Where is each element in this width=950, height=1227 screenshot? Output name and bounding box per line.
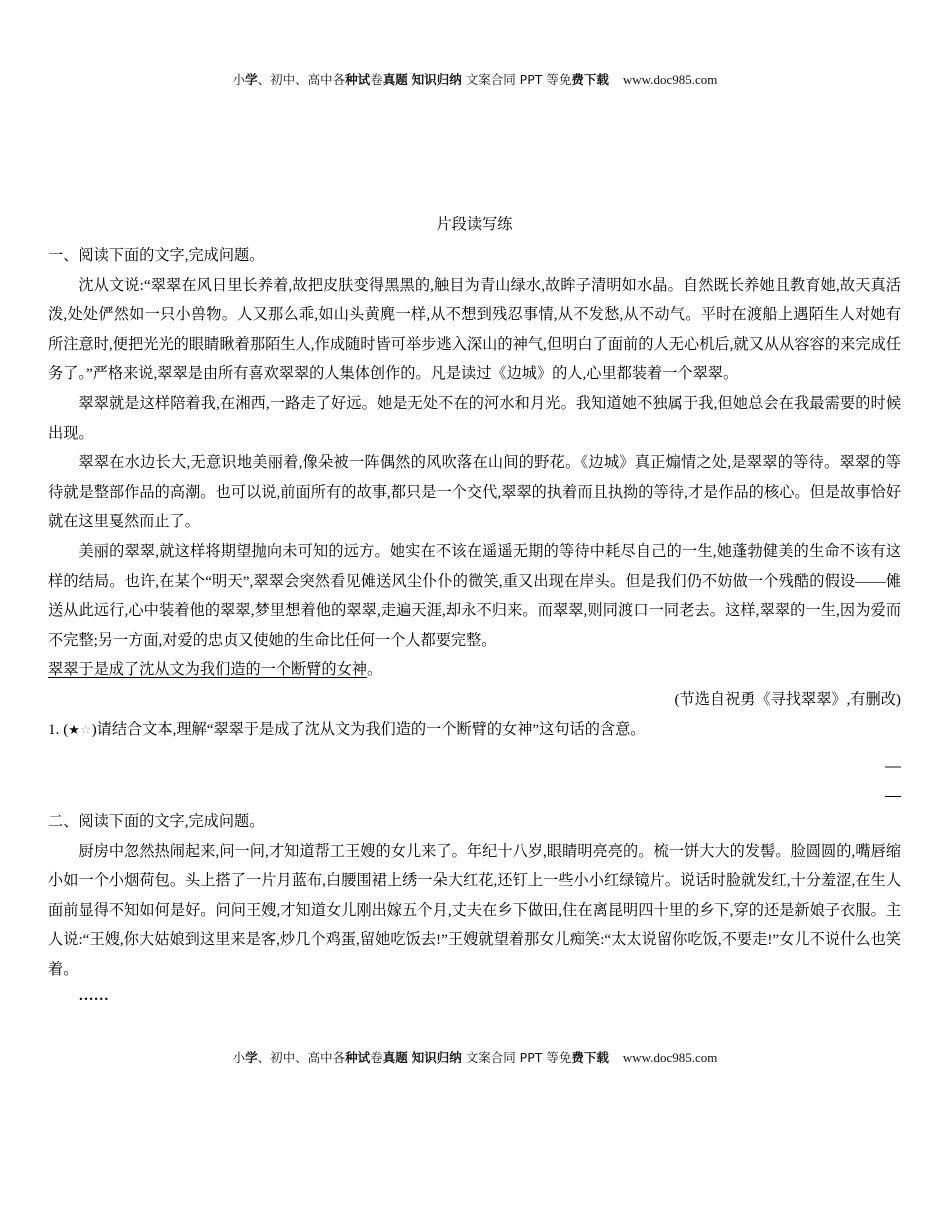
difficulty-star-solid-icon: ★ bbox=[68, 722, 80, 737]
document-page: 小学、初中、高中各种试卷真题 知识归纳 文案合同 PPT 等免费下载www.do… bbox=[0, 0, 950, 1227]
banner-text-10: 费下载 bbox=[571, 72, 609, 87]
difficulty-star-hollow-icon: ☆ bbox=[80, 722, 92, 737]
question-1: 1. (★☆)请结合文本,理解“翠翠于是成了沈从文为我们造的一个断臂的女神”这句… bbox=[48, 715, 901, 745]
banner-text-9: 文案合同 PPT 等免 bbox=[462, 72, 572, 87]
banner-url-link[interactable]: www.doc985.com bbox=[623, 72, 717, 87]
passage-1-paragraph-3: 翠翠在水边长大,无意识地美丽着,像朵被一阵偶然的风吹落在山间的野花。《边城》真正… bbox=[48, 448, 901, 537]
underlined-sentence-period: 。 bbox=[367, 661, 382, 678]
footer-text-3: 、初中、高中各 bbox=[258, 1050, 346, 1065]
passage-2-paragraph-1: 厨房中忽然热闹起来,问一问,才知道帮工王嫂的女儿来了。年纪十八岁,眼睛明亮亮的。… bbox=[48, 837, 901, 985]
passage-2-ellipsis: …… bbox=[48, 985, 901, 1007]
question-text: 请结合文本,理解“翠翠于是成了沈从文为我们造的一个断臂的女神”这句话的含意。 bbox=[97, 721, 646, 738]
passage-1-paragraph-4: 美丽的翠翠,就这样将期望抛向未可知的远方。她实在不该在遥遥无期的等待中耗尽自己的… bbox=[48, 537, 901, 655]
section-1-heading: 一、阅读下面的文字,完成问题。 bbox=[48, 241, 901, 271]
passage-1-paragraph-1: 沈从文说:“翠翠在风日里长养着,故把皮肤变得黑黑的,触目为青山绿水,故眸子清明如… bbox=[48, 271, 901, 389]
banner-text-4: 种试 bbox=[345, 72, 370, 87]
banner-text-8: 知识归纳 bbox=[412, 72, 462, 87]
banner-text-1: 小 bbox=[233, 72, 246, 87]
footer-text-8: 知识归纳 bbox=[412, 1050, 462, 1065]
footer-url-link[interactable]: www.doc985.com bbox=[623, 1050, 717, 1065]
footer-text-2: 学 bbox=[245, 1050, 258, 1065]
footer-text-9: 文案合同 PPT 等免 bbox=[462, 1050, 572, 1065]
underlined-sentence-line: 翠翠于是成了沈从文为我们造的一个断臂的女神。 bbox=[48, 655, 901, 685]
banner-text-2: 学 bbox=[245, 72, 258, 87]
banner-text-3: 、初中、高中各 bbox=[258, 72, 346, 87]
source-citation: (节选自祝勇《寻找翠翠》,有删改) bbox=[48, 685, 901, 715]
banner-text-6: 真题 bbox=[383, 72, 408, 87]
question-number: 1. bbox=[48, 721, 59, 738]
header-banner: 小学、初中、高中各种试卷真题 知识归纳 文案合同 PPT 等免费下载www.do… bbox=[0, 70, 950, 88]
underlined-sentence: 翠翠于是成了沈从文为我们造的一个断臂的女神 bbox=[48, 661, 367, 678]
passage-1-paragraph-2: 翠翠就是这样陪着我,在湘西,一路走了好远。她是无处不在的河水和月光。我知道她不独… bbox=[48, 389, 901, 448]
document-body: 片段读写练 一、阅读下面的文字,完成问题。 沈从文说:“翠翠在风日里长养着,故把… bbox=[48, 212, 901, 1007]
section-2-heading: 二、阅读下面的文字,完成问题。 bbox=[48, 807, 901, 837]
footer-text-4: 种试 bbox=[345, 1050, 370, 1065]
footer-text-10: 费下载 bbox=[571, 1050, 609, 1065]
footer-text-1: 小 bbox=[233, 1050, 246, 1065]
footer-text-6: 真题 bbox=[383, 1050, 408, 1065]
footer-banner: 小学、初中、高中各种试卷真题 知识归纳 文案合同 PPT 等免费下载www.do… bbox=[0, 1048, 950, 1066]
banner-text-5: 卷 bbox=[370, 72, 383, 87]
footer-text-5: 卷 bbox=[370, 1050, 383, 1065]
answer-line-1[interactable] bbox=[885, 766, 901, 768]
document-title: 片段读写练 bbox=[48, 212, 901, 241]
answer-line-2[interactable] bbox=[885, 796, 901, 797]
